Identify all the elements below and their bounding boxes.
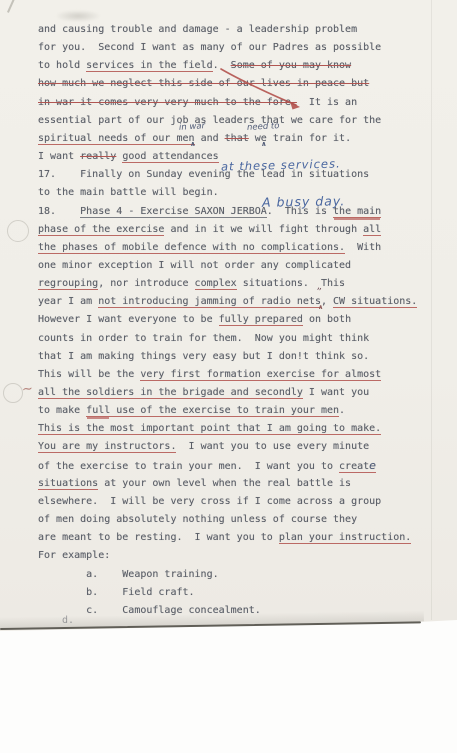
typed-line: counts in order to train for them. Now y… bbox=[38, 333, 369, 345]
typed-line: to the main battle will begin. bbox=[38, 187, 219, 199]
typed-text-run: essential part of our job as leaders tha… bbox=[38, 115, 381, 126]
typed-text-run: year I am bbox=[38, 296, 98, 307]
typed-text-run: However I want everyone to be bbox=[38, 314, 219, 325]
annotated-text-run: Phase 4 - Exercise SAXON JERBOA bbox=[80, 206, 267, 218]
annotated-text-run: in war it comes very very much to the fo… bbox=[38, 97, 297, 108]
typed-text-run: and causing trouble and damage - a leade… bbox=[38, 24, 357, 35]
typed-text-run: and bbox=[195, 133, 225, 144]
annotated-text-run: all bbox=[363, 224, 381, 236]
typed-line: of the exercise to train your men. I wan… bbox=[38, 460, 376, 473]
typed-line: to hold services in the field. Some of y… bbox=[38, 60, 351, 72]
typed-text-run: For example: bbox=[38, 550, 110, 561]
annotated-text-run: spiritual needs of our men bbox=[38, 133, 195, 145]
scanned-document-page: { "colors": { "paper": "#f1efe9", "typed… bbox=[0, 0, 457, 753]
typed-text-run: are meant to be resting. I want you to bbox=[38, 532, 279, 543]
handwritten-correction-squiggle: ~ bbox=[21, 381, 33, 397]
typed-line: how much we neglect this side of our liv… bbox=[38, 78, 369, 90]
typed-line: For example: bbox=[38, 550, 110, 562]
typed-text-run: With bbox=[345, 242, 381, 253]
annotated-text-run: situations bbox=[38, 478, 98, 490]
handwritten-insertion-in-war: in war bbox=[179, 121, 206, 133]
typed-text-run: one minor exception I will not order any… bbox=[38, 260, 351, 271]
annotated-text-run: services in the field bbox=[86, 60, 212, 72]
typed-line: and causing trouble and damage - a leade… bbox=[38, 24, 357, 36]
typed-text-run: of the exercise to train your men. I wan… bbox=[38, 461, 339, 472]
annotated-text-run: fully prepared bbox=[219, 314, 303, 326]
typed-line: b. Field craft. bbox=[38, 587, 195, 599]
typed-text-run: I want you to use every minute bbox=[176, 441, 369, 452]
annotated-text-run: all the soldiers in the brigade and seco… bbox=[38, 387, 303, 399]
typed-line: I want really good attendances bbox=[38, 151, 219, 163]
typed-text-run: that I am making things very easy but I … bbox=[38, 351, 369, 362]
typed-text-run: . bbox=[213, 60, 231, 71]
typed-text-run: of men doing absolutely nothing unless o… bbox=[38, 514, 357, 525]
typed-line: year I am not introducing jamming of rad… bbox=[38, 296, 417, 308]
annotated-text-run: how much we neglect this side of our liv… bbox=[38, 78, 369, 89]
typed-line: This will be the very first formation ex… bbox=[38, 369, 381, 381]
typed-line: You are my instructors. I want you to us… bbox=[38, 441, 369, 453]
annotated-text-run: CW situations. bbox=[333, 296, 417, 308]
typed-text-run: to hold bbox=[38, 60, 86, 71]
typed-text-run: a. Weapon training. bbox=[38, 569, 219, 580]
insertion-caret: ∧ bbox=[261, 140, 267, 148]
annotated-text-run: complex bbox=[195, 278, 237, 290]
annotated-text-run: Some of you may know bbox=[231, 60, 351, 71]
insertion-caret: ∧ bbox=[190, 140, 196, 148]
typed-text-run: for you. Second I want as many of our Pa… bbox=[38, 42, 381, 53]
typed-text-run: b. Field craft. bbox=[38, 587, 195, 598]
typed-text-run: on both bbox=[303, 314, 351, 325]
typed-text-run: counts in order to train for them. Now y… bbox=[38, 333, 369, 344]
typed-line: However I want everyone to be fully prep… bbox=[38, 314, 351, 326]
typed-text-run: elsewhere. I will be very cross if I com… bbox=[38, 496, 381, 507]
typed-text: and causing trouble and damage - a leade… bbox=[0, 0, 457, 632]
handwritten-insertion-need-to: need to bbox=[247, 121, 280, 133]
typed-text-run: . bbox=[339, 405, 345, 416]
typed-text-run: to the main battle will begin. bbox=[38, 187, 219, 198]
typed-line: to make full use of the exercise to trai… bbox=[38, 405, 345, 417]
annotated-text-run: e bbox=[369, 459, 376, 473]
typed-text-run: at your own level when the real battle i… bbox=[98, 478, 351, 489]
typed-text-run: to make bbox=[38, 405, 86, 416]
typed-text-run: 18. bbox=[38, 206, 80, 217]
typed-text-run: and in it we will fight through bbox=[164, 224, 363, 235]
typed-line: are meant to be resting. I want you to p… bbox=[38, 532, 411, 544]
annotated-text-run: regrouping bbox=[38, 278, 98, 290]
insertion-caret: ∧ bbox=[318, 303, 323, 311]
typed-line: elsewhere. I will be very cross if I com… bbox=[38, 496, 381, 508]
annotated-text-run: creat bbox=[339, 461, 369, 473]
annotated-text-run: really bbox=[80, 151, 116, 162]
typed-line: that I am making things very easy but I … bbox=[38, 351, 369, 363]
typed-line: for you. Second I want as many of our Pa… bbox=[38, 42, 381, 54]
annotated-text-run: full bbox=[86, 405, 110, 417]
typed-text-run: I want you bbox=[303, 387, 369, 398]
typed-line: in war it comes very very much to the fo… bbox=[38, 97, 357, 109]
annotated-text-run: not introducing jamming of radio nets bbox=[98, 296, 321, 308]
typed-text-run: , nor introduce bbox=[98, 278, 194, 289]
annotated-text-run: plan your instruction. bbox=[279, 532, 411, 544]
typed-line: of men doing absolutely nothing unless o… bbox=[38, 514, 357, 526]
typed-text-run: This will be the bbox=[38, 369, 140, 380]
annotated-text-run: good attendances bbox=[122, 151, 218, 163]
annotated-text-run: phase of the exercise bbox=[38, 224, 164, 236]
typed-line: This is the most important point that I … bbox=[38, 423, 381, 435]
annotated-text-run: You are my instructors. bbox=[38, 441, 176, 453]
typed-text-run: situations. This bbox=[237, 278, 345, 289]
typed-line: all the soldiers in the brigade and seco… bbox=[38, 387, 369, 399]
typed-text-run: It is an bbox=[297, 97, 357, 108]
annotated-text-run: that bbox=[225, 133, 249, 144]
handwritten-a-busy-day: A busy day. bbox=[262, 193, 346, 209]
typed-line: phase of the exercise and in it we will … bbox=[38, 224, 381, 236]
annotated-text-run: use of the exercise to train your men bbox=[110, 405, 339, 417]
typed-line: essential part of our job as leaders tha… bbox=[38, 115, 381, 127]
typed-line: a. Weapon training. bbox=[38, 569, 219, 581]
annotated-text-run: This is the most important point that I … bbox=[38, 423, 381, 435]
typed-line: regrouping, nor introduce complex situat… bbox=[38, 278, 345, 290]
annotated-text-run: the phases of mobile defence with no com… bbox=[38, 242, 345, 254]
typed-text-run: I want bbox=[38, 151, 80, 162]
typed-line: situations at your own level when the re… bbox=[38, 478, 351, 490]
typed-line: the phases of mobile defence with no com… bbox=[38, 242, 381, 254]
annotated-text-run: very first formation exercise for almost bbox=[140, 369, 381, 381]
typed-line: one minor exception I will not order any… bbox=[38, 260, 351, 272]
